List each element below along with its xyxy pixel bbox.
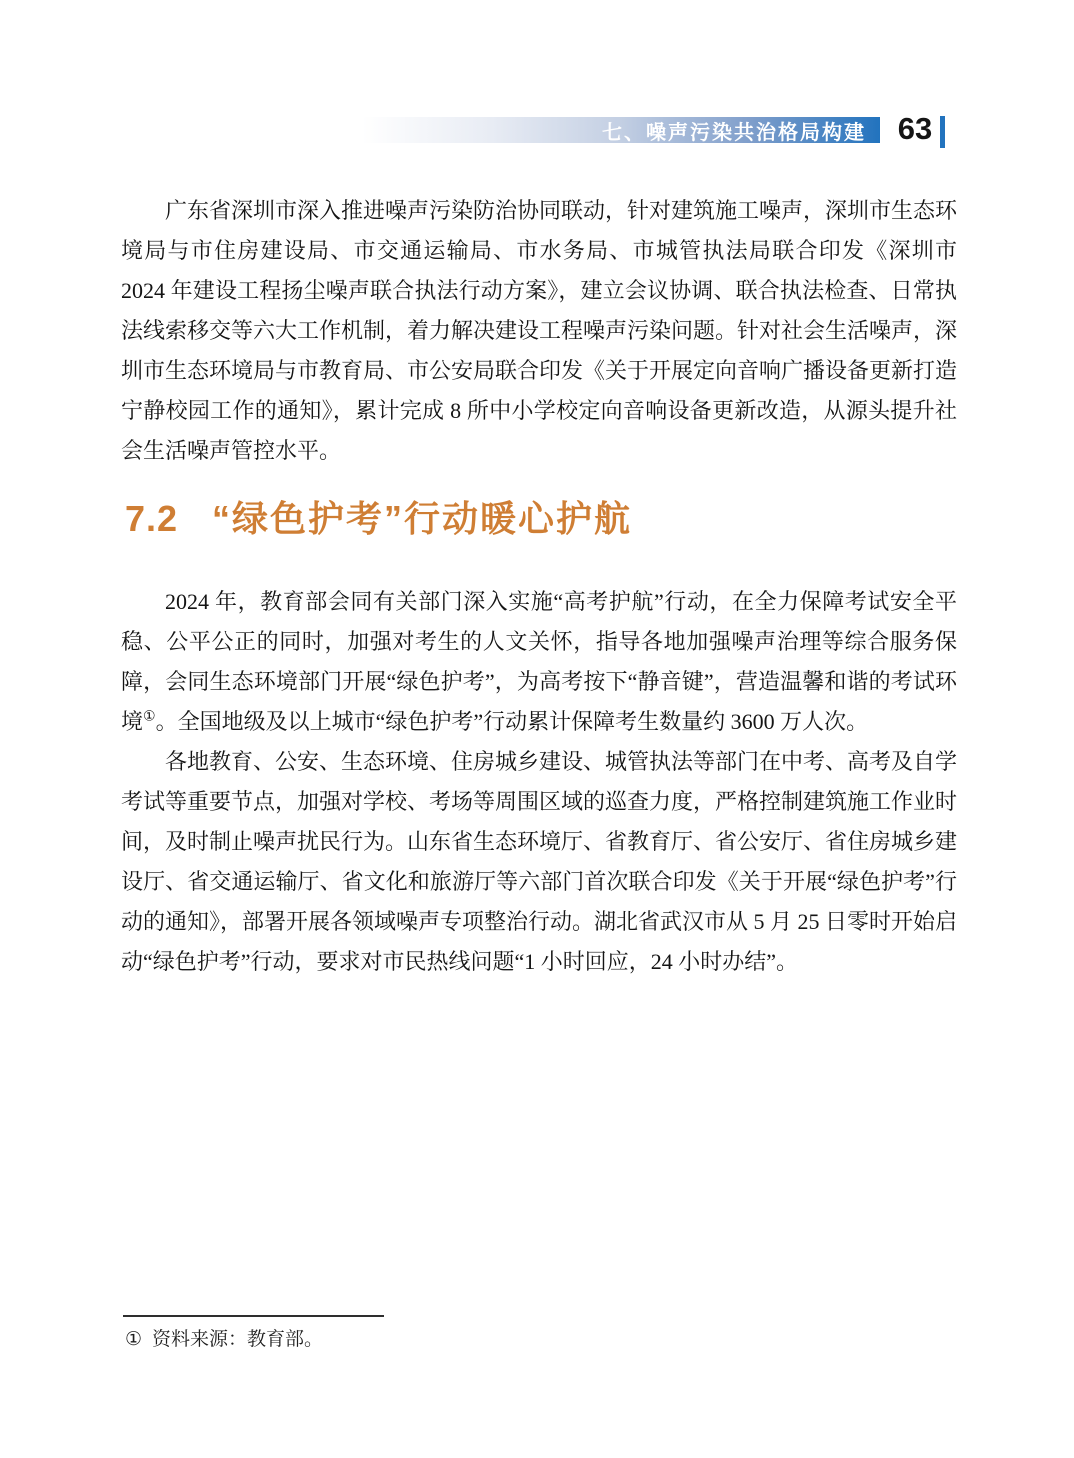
footnote-text: 资料来源：教育部。	[152, 1329, 323, 1350]
chapter-title: 七、噪声污染共治格局构建	[602, 116, 866, 145]
section-heading: 7.2“绿色护考”行动暖心护航	[125, 494, 632, 544]
paragraph-green-escort-text-after: 。全国地级及以上城市“绿色护考”行动累计保障考生数量约 3600 万人次。	[156, 709, 869, 734]
footnote-marker: ①	[125, 1329, 142, 1350]
header-rule	[940, 116, 945, 148]
paragraph-block-2: 2024 年，教育部会同有关部门深入实施“高考护航”行动，在全力保障考试安全平稳…	[121, 582, 957, 982]
paragraph-shenzhen-coordination: 广东省深圳市深入推进噪声污染防治协同联动，针对建筑施工噪声，深圳市生态环境局与市…	[121, 191, 957, 471]
section-title: “绿色护考”行动暖心护航	[212, 498, 632, 539]
footnote: ①资料来源：教育部。	[125, 1324, 323, 1356]
chapter-banner: 七、噪声污染共治格局构建	[362, 117, 880, 143]
footnote-ref: ①	[143, 710, 156, 725]
paragraph-departments-actions: 各地教育、公安、生态环境、住房城乡建设、城管执法等部门在中考、高考及自学考试等重…	[121, 742, 957, 982]
page-number: 63	[886, 112, 944, 146]
paragraph-block-1: 广东省深圳市深入推进噪声污染防治协同联动，针对建筑施工噪声，深圳市生态环境局与市…	[121, 191, 957, 471]
paragraph-green-escort: 2024 年，教育部会同有关部门深入实施“高考护航”行动，在全力保障考试安全平稳…	[121, 582, 957, 742]
footnote-rule	[123, 1315, 384, 1317]
section-number: 7.2	[125, 498, 178, 539]
report-page: 七、噪声污染共治格局构建 63 广东省深圳市深入推进噪声污染防治协同联动，针对建…	[0, 0, 1074, 1458]
